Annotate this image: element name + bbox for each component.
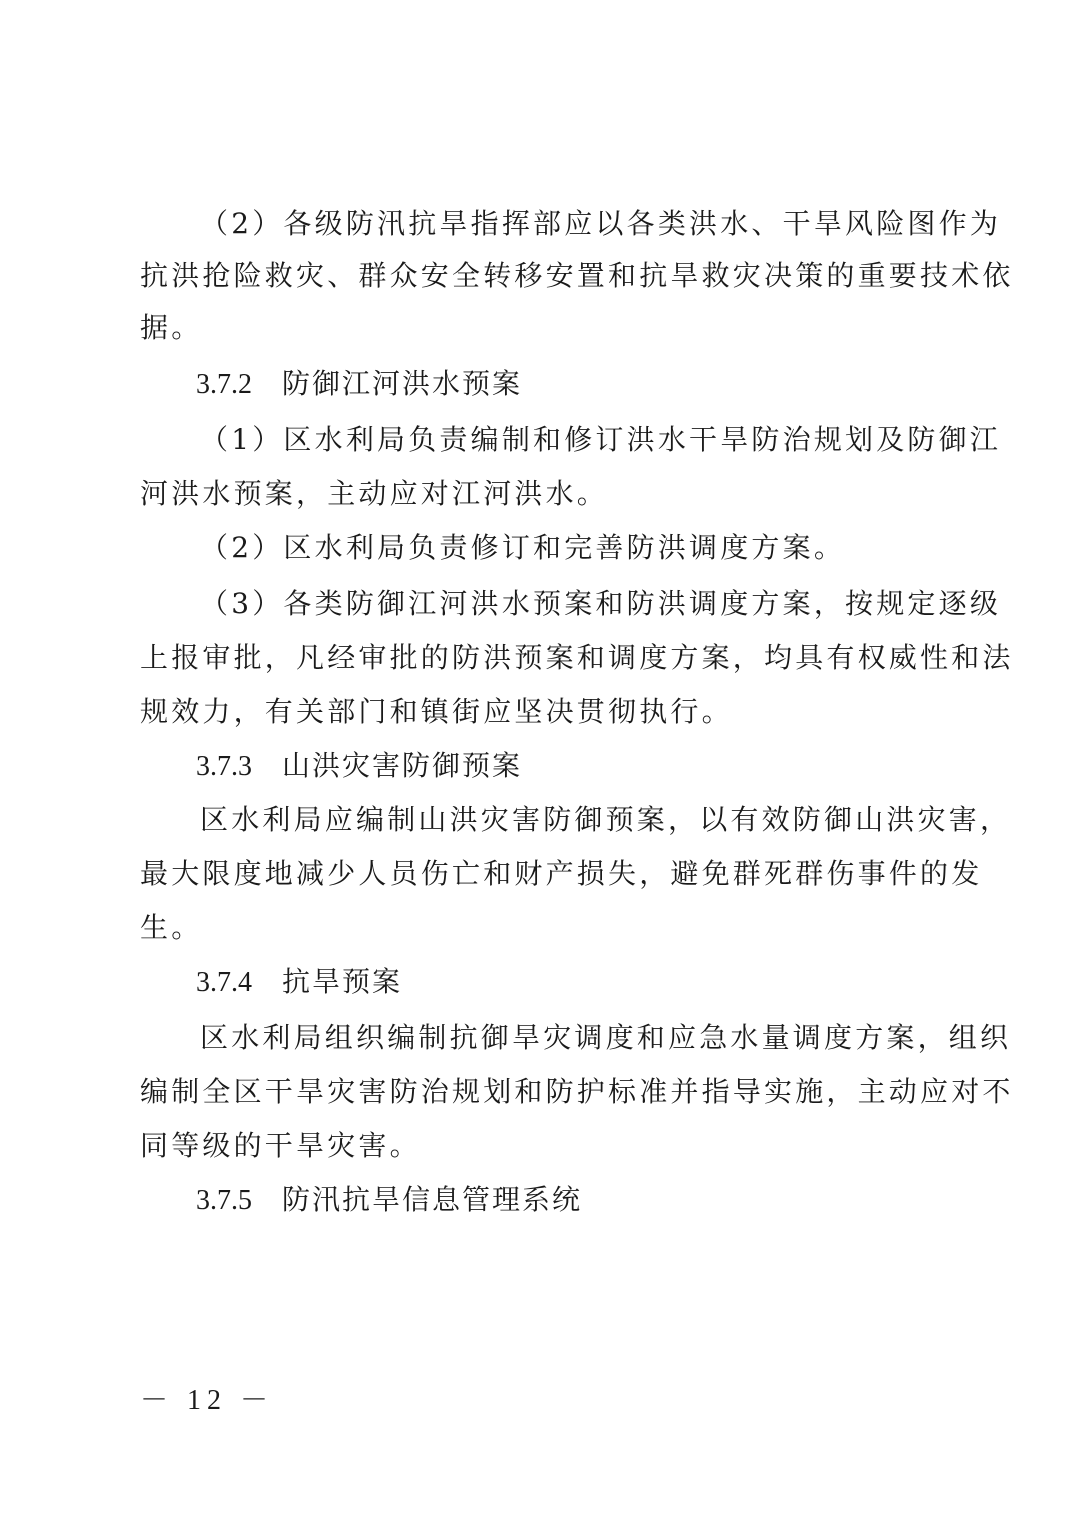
- section-title: 防御江河洪水预案: [282, 367, 522, 400]
- paragraph-line: 编制全区干旱灾害防治规划和防护标准并指导实施，主动应对不: [140, 1075, 933, 1109]
- document-page: （2）各级防汛抗旱指挥部应以各类洪水、干旱风险图作为 抗洪抢险救灾、群众安全转移…: [0, 0, 1074, 1520]
- paragraph-line: 抗洪抢险救灾、群众安全转移安置和抗旱救灾决策的重要技术依: [140, 259, 933, 293]
- paragraph-line: 河洪水预案，主动应对江河洪水。: [140, 477, 608, 511]
- paragraph-line: 区水利局组织编制抗御旱灾调度和应急水量调度方案，组织: [200, 1021, 1011, 1055]
- section-number: 3.7.2: [196, 369, 252, 400]
- paragraph-line: 区水利局应编制山洪灾害防御预案，以有效防御山洪灾害，: [200, 803, 1011, 837]
- paragraph-line: （2）区水利局负责修订和完善防洪调度方案。: [200, 531, 845, 565]
- paragraph-line: 同等级的干旱灾害。: [140, 1129, 421, 1163]
- paragraph-line: （3）各类防御江河洪水预案和防洪调度方案，按规定逐级: [200, 587, 1001, 621]
- paragraph-line: 最大限度地减少人员伤亡和财产损失，避免群死群伤事件的发: [140, 857, 933, 891]
- paragraph-line: 据。: [140, 311, 202, 345]
- paragraph-line: 上报审批，凡经审批的防洪预案和调度方案，均具有权威性和法: [140, 641, 933, 675]
- section-number: 3.7.4: [196, 967, 252, 998]
- section-number: 3.7.3: [196, 751, 252, 782]
- paragraph-line: （1）区水利局负责编制和修订洪水干旱防治规划及防御江: [200, 423, 1001, 457]
- section-title: 防汛抗旱信息管理系统: [282, 1183, 582, 1216]
- paragraph-line: 规效力，有关部门和镇街应坚决贯彻执行。: [140, 695, 733, 729]
- section-heading-3-7-4: 3.7.4抗旱预案: [196, 965, 402, 1000]
- section-title: 抗旱预案: [282, 965, 402, 998]
- paragraph-line: 生。: [140, 911, 202, 945]
- section-heading-3-7-5: 3.7.5防汛抗旱信息管理系统: [196, 1183, 582, 1218]
- page-number: － 12 －: [140, 1378, 274, 1418]
- paragraph-line: （2）各级防汛抗旱指挥部应以各类洪水、干旱风险图作为: [200, 207, 1001, 241]
- section-title: 山洪灾害防御预案: [282, 749, 522, 782]
- section-number: 3.7.5: [196, 1185, 252, 1216]
- section-heading-3-7-3: 3.7.3山洪灾害防御预案: [196, 749, 522, 784]
- section-heading-3-7-2: 3.7.2防御江河洪水预案: [196, 367, 522, 402]
